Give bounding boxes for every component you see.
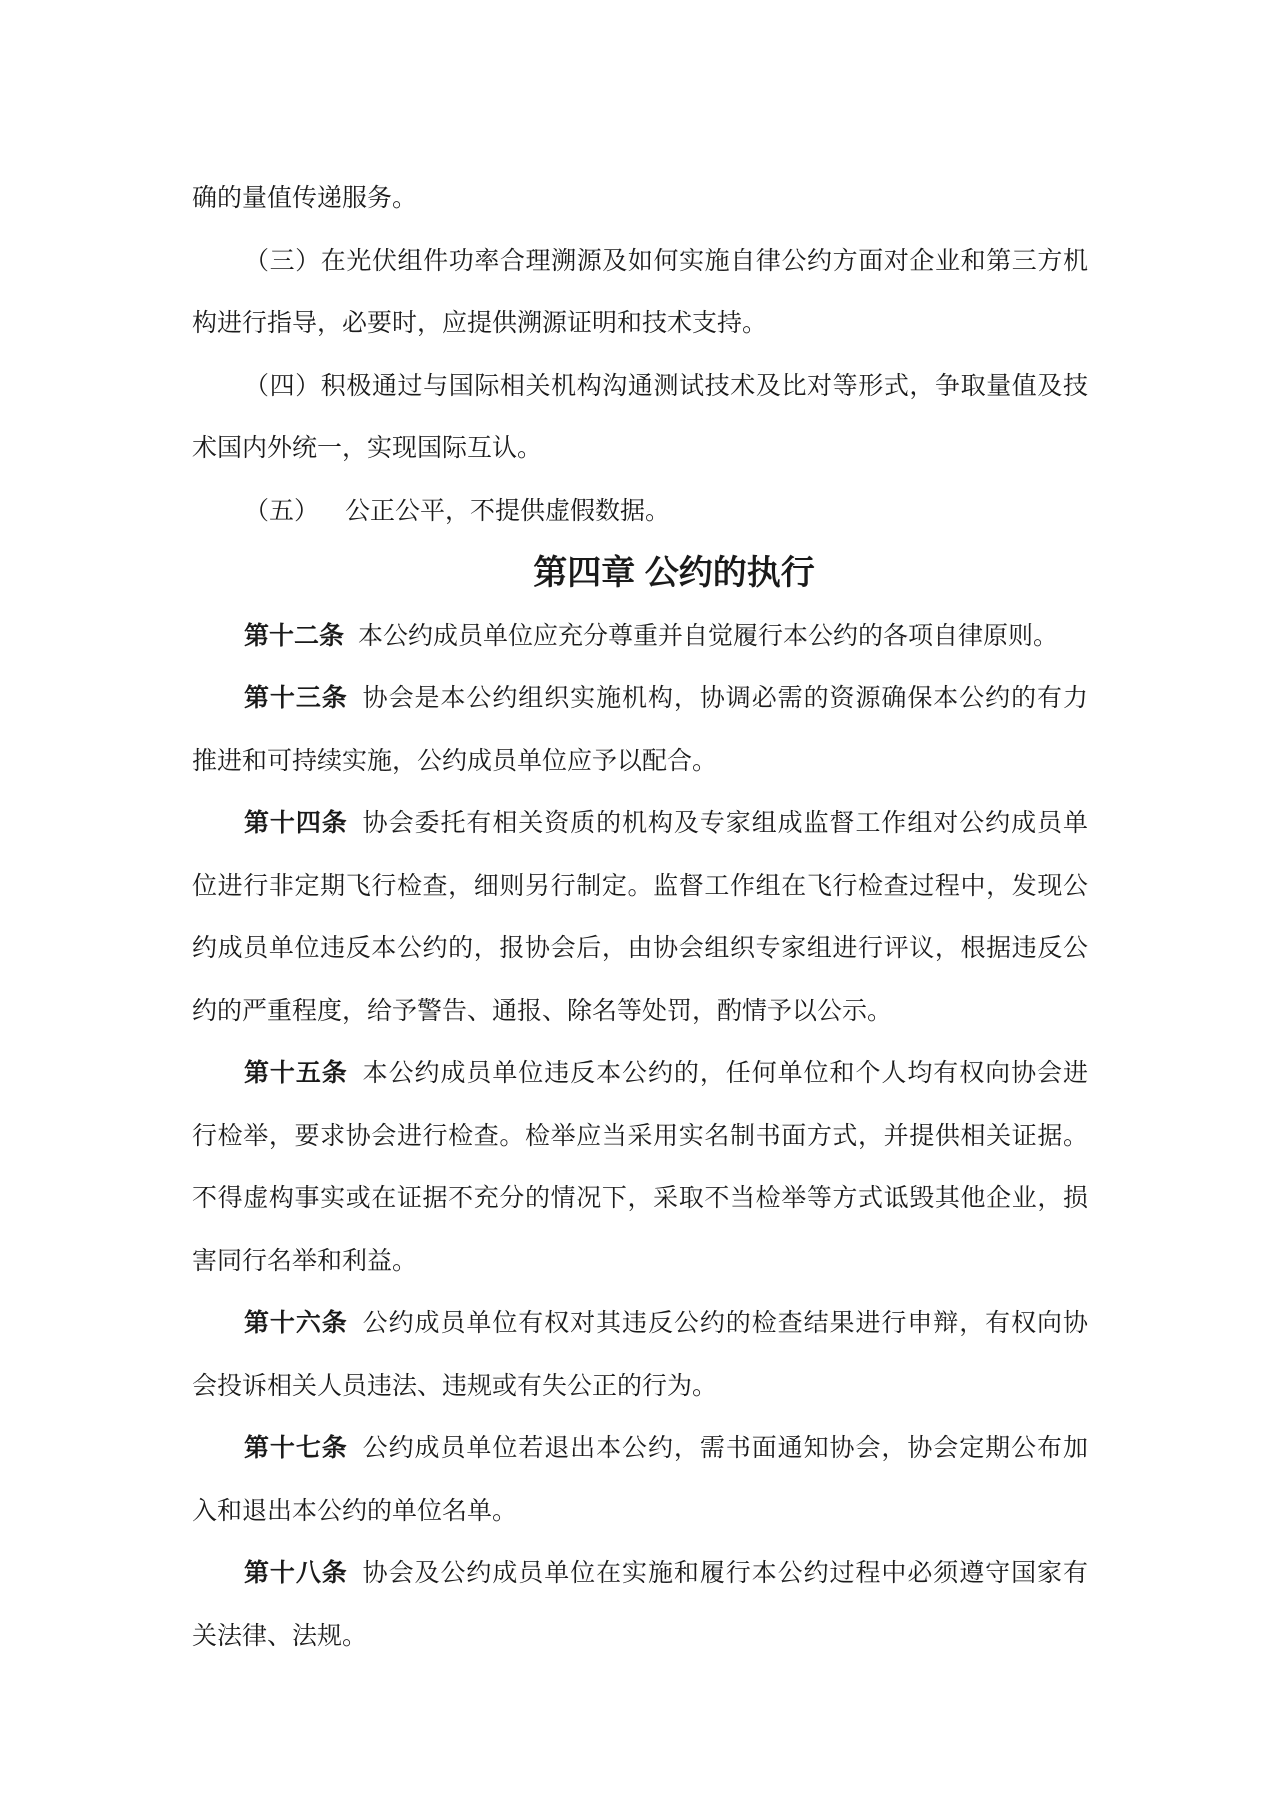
label-gap [344,643,358,644]
label-gap [319,518,345,519]
text-line: 关法律、法规。 [192,1605,1088,1668]
text-line: 第十四条协会委托有相关资质的机构及专家组成监督工作组对公约成员单 [192,792,1088,855]
text-line: 第十六条公约成员单位有权对其违反公约的检查结果进行申辩，有权向协 [192,1292,1088,1355]
label-gap [348,830,362,831]
text-line: （五）公正公平，不提供虚假数据。 [192,480,1088,543]
document-body: 确的量值传递服务。（三）在光伏组件功率合理溯源及如何实施自律公约方面对企业和第三… [192,167,1088,1667]
item-label: （五） [244,497,319,525]
chapter-heading: 第四章 公约的执行 [192,542,1088,605]
clause-label: 第十八条 [244,1559,348,1587]
clause-label: 第十七条 [244,1434,348,1462]
text-line: （三）在光伏组件功率合理溯源及如何实施自律公约方面对企业和第三方机 [192,230,1088,293]
label-gap [348,1330,362,1331]
text-line: 约成员单位违反本公约的，报协会后，由协会组织专家组进行评议，根据违反公 [192,917,1088,980]
line-text: 本公约成员单位违反本公约的，任何单位和个人均有权向协会进 [362,1059,1088,1087]
document-page: 确的量值传递服务。（三）在光伏组件功率合理溯源及如何实施自律公约方面对企业和第三… [0,0,1280,1810]
line-text: 公约成员单位若退出本公约，需书面通知协会，协会定期公布加 [362,1434,1088,1462]
text-line: （四）积极通过与国际相关机构沟通测试技术及比对等形式，争取量值及技 [192,355,1088,418]
text-line: 第十二条本公约成员单位应充分尊重并自觉履行本公约的各项自律原则。 [192,605,1088,668]
clause-label: 第十五条 [244,1059,348,1087]
line-text: 公正公平，不提供虚假数据。 [345,497,670,525]
label-gap [348,705,362,706]
line-text: 协会委托有相关资质的机构及专家组成监督工作组对公约成员单 [362,809,1088,837]
clause-label: 第十二条 [244,622,344,650]
text-line: 构进行指导，必要时，应提供溯源证明和技术支持。 [192,292,1088,355]
text-line: 约的严重程度，给予警告、通报、除名等处罚，酌情予以公示。 [192,980,1088,1043]
text-line: 确的量值传递服务。 [192,167,1088,230]
label-gap [348,1080,362,1081]
text-line: 第十五条本公约成员单位违反本公约的，任何单位和个人均有权向协会进 [192,1042,1088,1105]
text-line: 第十七条公约成员单位若退出本公约，需书面通知协会，协会定期公布加 [192,1417,1088,1480]
line-text: 协会是本公约组织实施机构，协调必需的资源确保本公约的有力 [362,684,1088,712]
text-line: 第十三条协会是本公约组织实施机构，协调必需的资源确保本公约的有力 [192,667,1088,730]
text-line: 害同行名举和利益。 [192,1230,1088,1293]
label-gap [348,1580,362,1581]
text-line: 第十八条协会及公约成员单位在实施和履行本公约过程中必须遵守国家有 [192,1542,1088,1605]
clause-label: 第十四条 [244,809,348,837]
text-line: 推进和可持续实施，公约成员单位应予以配合。 [192,730,1088,793]
text-line: 不得虚构事实或在证据不充分的情况下，采取不当检举等方式诋毁其他企业，损 [192,1167,1088,1230]
text-line: 位进行非定期飞行检查，细则另行制定。监督工作组在飞行检查过程中，发现公 [192,855,1088,918]
text-line: 会投诉相关人员违法、违规或有失公正的行为。 [192,1355,1088,1418]
label-gap [348,1455,362,1456]
line-text: 公约成员单位有权对其违反公约的检查结果进行申辩，有权向协 [362,1309,1088,1337]
text-line: 术国内外统一，实现国际互认。 [192,417,1088,480]
clause-label: 第十三条 [244,684,348,712]
text-line: 行检举，要求协会进行检查。检举应当采用实名制书面方式，并提供相关证据。 [192,1105,1088,1168]
clause-label: 第十六条 [244,1309,348,1337]
text-line: 入和退出本公约的单位名单。 [192,1480,1088,1543]
line-text: 协会及公约成员单位在实施和履行本公约过程中必须遵守国家有 [362,1559,1088,1587]
line-text: 本公约成员单位应充分尊重并自觉履行本公约的各项自律原则。 [358,622,1058,650]
